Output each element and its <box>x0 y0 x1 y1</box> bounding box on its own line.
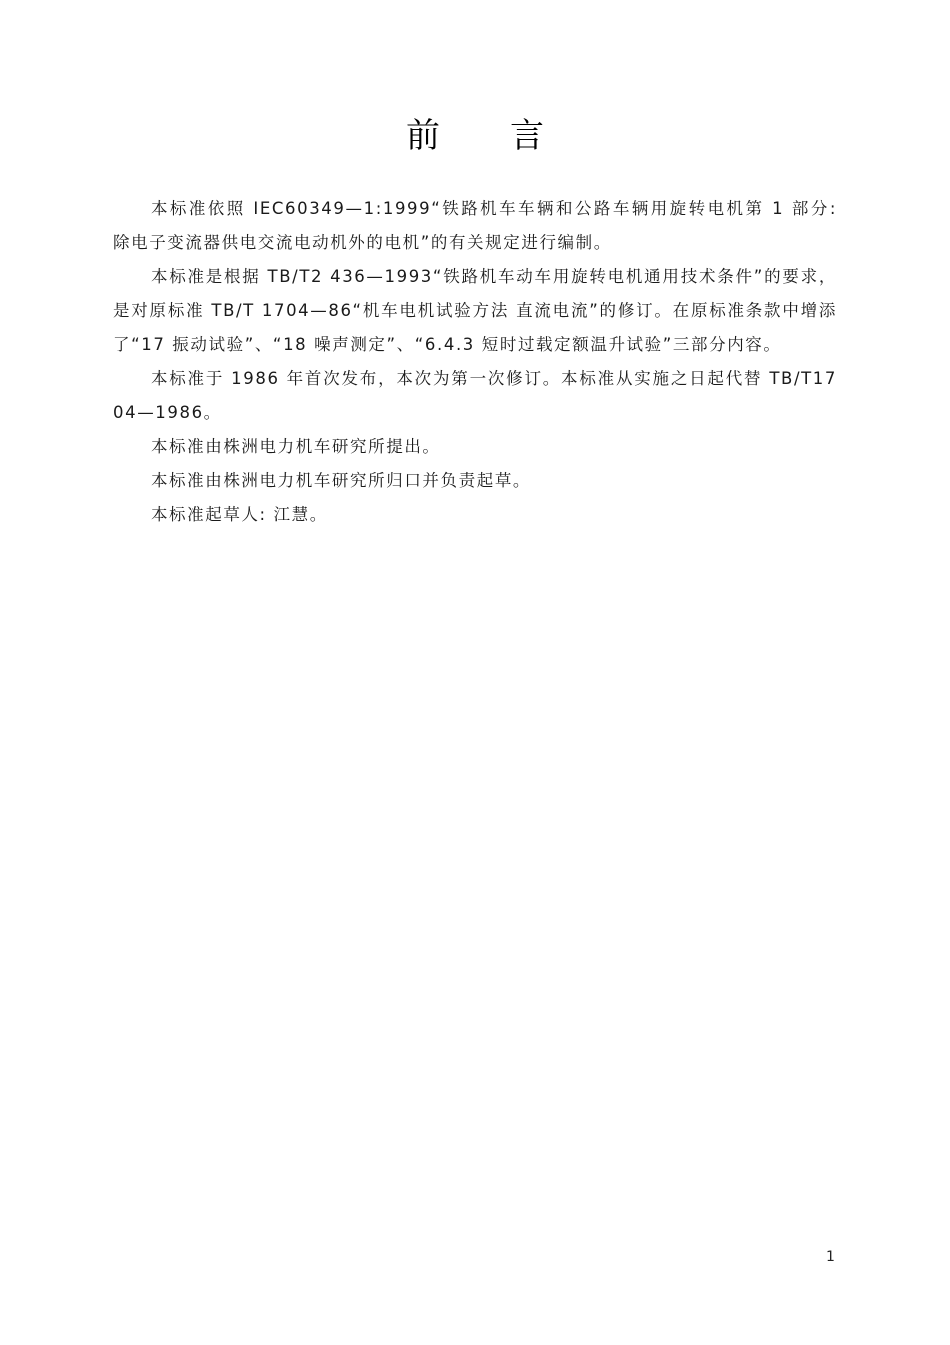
paragraph-publication: 本标准于 1986 年首次发布，本次为第一次修订。本标准从实施之日起代替 TB/… <box>113 362 837 430</box>
page-number: 1 <box>826 1247 835 1267</box>
page-title: 前言 <box>0 112 950 160</box>
paragraph-drafting-org: 本标准由株洲电力机车研究所归口并负责起草。 <box>113 464 837 498</box>
paragraph-revision: 本标准是根据 TB/T2 436—1993“铁路机车动车用旋转电机通用技术条件”… <box>113 260 837 362</box>
paragraph-proposer: 本标准由株洲电力机车研究所提出。 <box>113 430 837 464</box>
foreword-body: 本标准依照 IEC60349—1:1999“铁路机车车辆和公路车辆用旋转电机第 … <box>113 192 837 532</box>
document-page: 前言 本标准依照 IEC60349—1:1999“铁路机车车辆和公路车辆用旋转电… <box>0 0 950 1345</box>
paragraph-drafter: 本标准起草人: 江慧。 <box>113 498 837 532</box>
paragraph-basis: 本标准依照 IEC60349—1:1999“铁路机车车辆和公路车辆用旋转电机第 … <box>113 192 837 260</box>
title-char-2: 言 <box>510 112 544 160</box>
title-char-1: 前 <box>406 112 440 160</box>
